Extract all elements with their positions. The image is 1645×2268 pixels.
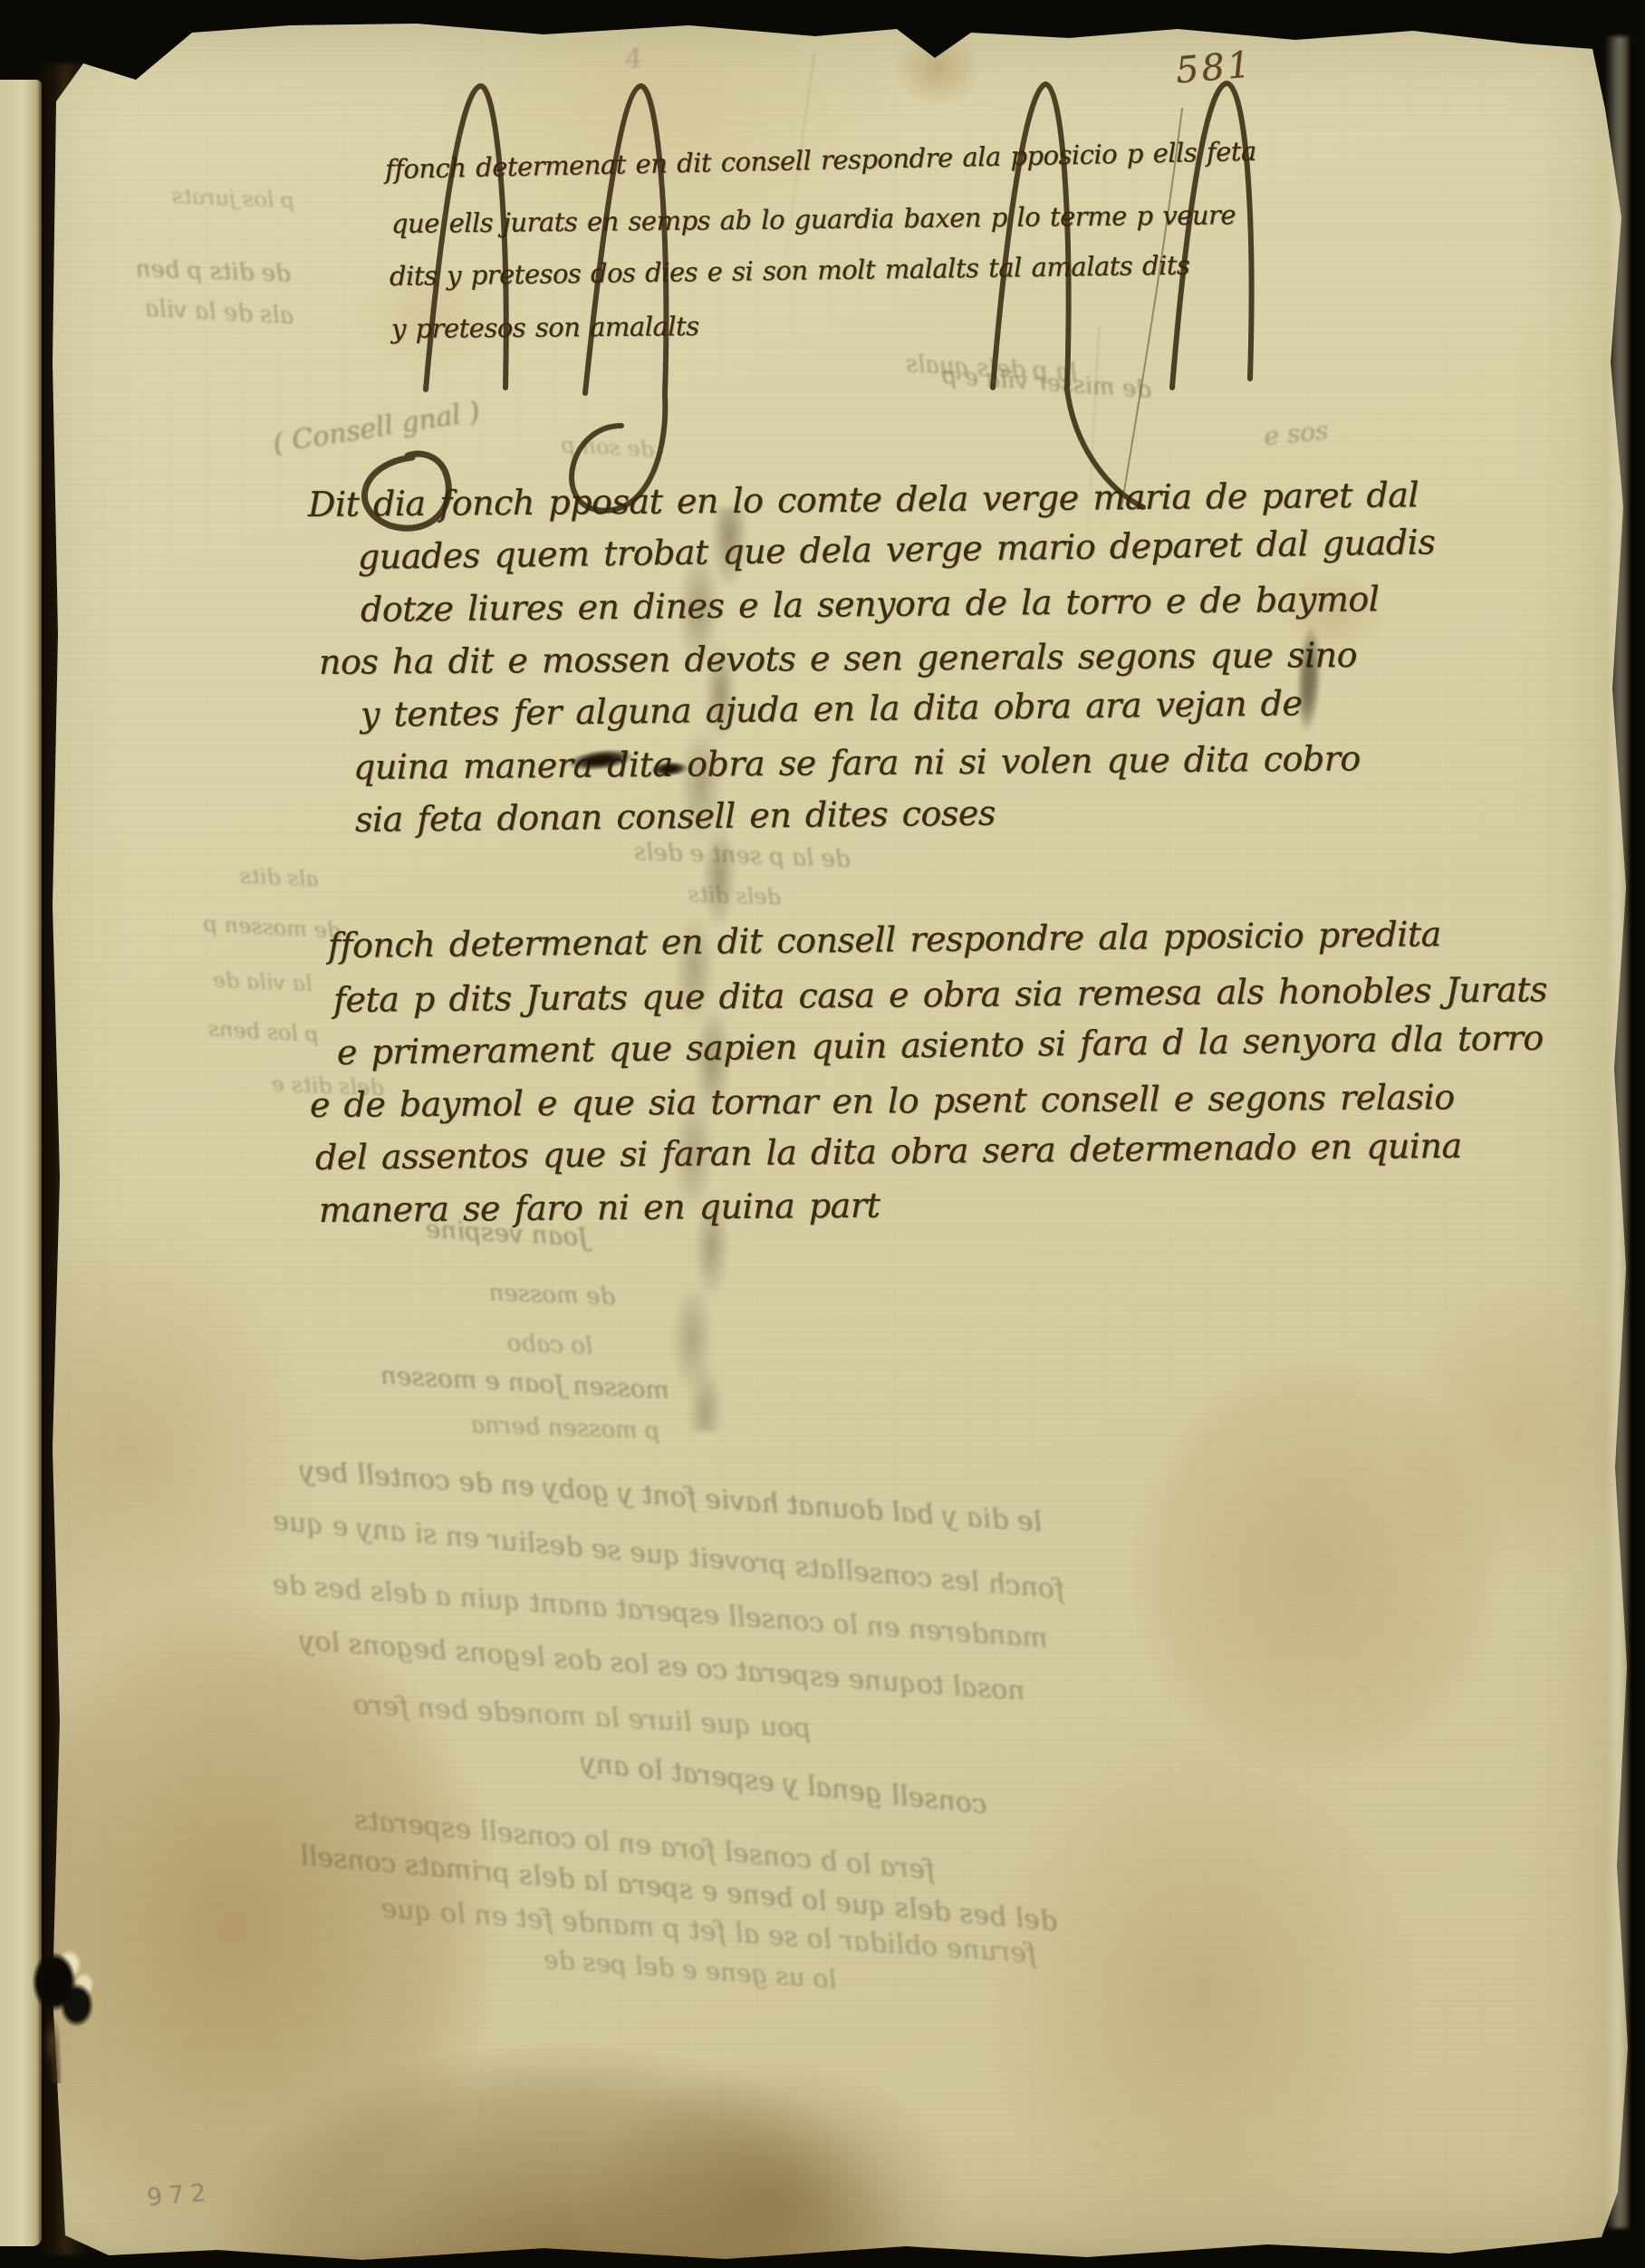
manuscript-scan: de dits p benals de la vilap los jurats(… bbox=[0, 0, 1645, 2268]
ink-blot bbox=[649, 761, 688, 778]
cancellation-loop-strokes bbox=[365, 83, 1252, 528]
archival-pencil-number: 972 bbox=[146, 2178, 214, 2212]
cancellation-strokes bbox=[0, 0, 1645, 2268]
page-number: 581 bbox=[1174, 43, 1255, 91]
binding-tear bbox=[14, 1938, 109, 2083]
